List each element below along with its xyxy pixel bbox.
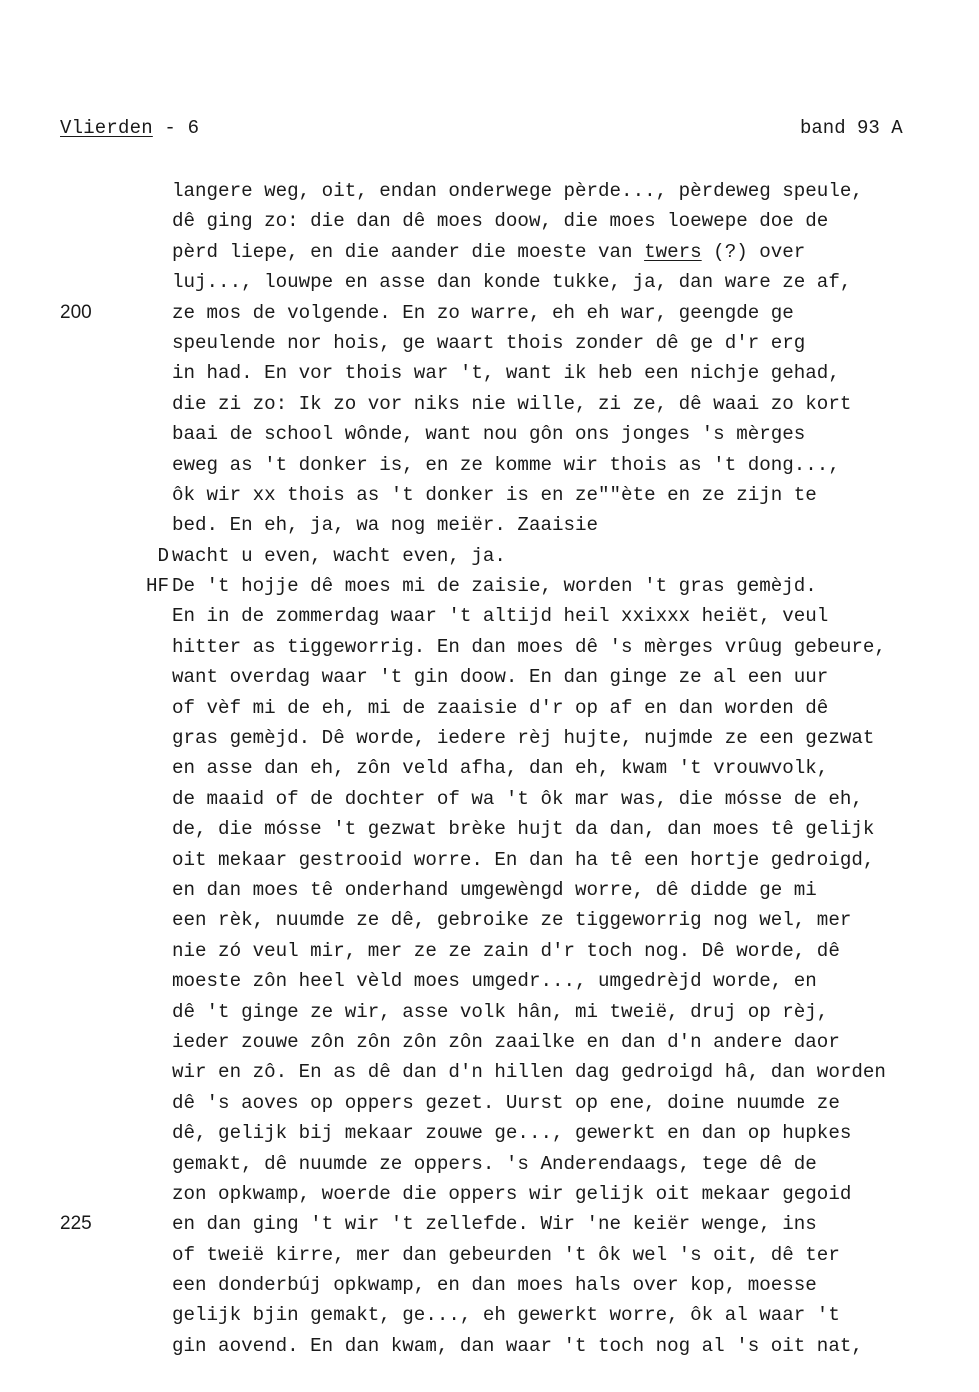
line-text: dê ging zo: die dan dê moes doow, die mo… [172,206,828,236]
transcript-line: gelijk bjin gemakt, ge..., eh gewerkt wo… [0,1300,979,1330]
header-separator: - [153,117,188,139]
line-text: dê 's aoves op oppers gezet. Uurst op en… [172,1088,840,1118]
line-text: oit mekaar gestrooid worre. En dan ha tê… [172,845,874,875]
transcript-line: luj..., louwpe en asse dan konde tukke, … [0,267,979,297]
line-text: een rèk, nuumde ze dê, gebroike ze tigge… [172,905,851,935]
transcript-line: ôk wir xx thois as 't donker is en ze""è… [0,480,979,510]
line-text: gras gemèjd. Dê worde, iedere rèj hujte,… [172,723,874,753]
line-text: gin aovend. En dan kwam, dan waar 't toc… [172,1331,863,1361]
line-text: en dan ging 't wir 't zellefde. Wir 'ne … [172,1209,817,1239]
transcript-line: een rèk, nuumde ze dê, gebroike ze tigge… [0,905,979,935]
line-text: en asse dan eh, zôn veld afha, dan eh, k… [172,753,828,783]
transcript-line: in had. En vor thois war 't, want ik heb… [0,358,979,388]
line-text: ieder zouwe zôn zôn zôn zôn zaailke en d… [172,1027,840,1057]
line-text: dê 't ginge ze wir, asse volk hân, mi tw… [172,997,828,1027]
line-text: langere weg, oit, endan onderwege pèrde.… [172,176,863,206]
transcript-line: Dwacht u even, wacht even, ja. [0,541,979,571]
transcript-line: eweg as 't donker is, en ze komme wir th… [0,450,979,480]
transcript-line: dê, gelijk bij mekaar zouwe ge..., gewer… [0,1118,979,1148]
page-number: 6 [188,117,200,139]
transcript-line: of tweië kirre, mer dan gebeurden 't ôk … [0,1240,979,1270]
transcript-line: dê 't ginge ze wir, asse volk hân, mi tw… [0,997,979,1027]
line-text: want overdag waar 't gin doow. En dan gi… [172,662,828,692]
line-text: wacht u even, wacht even, ja. [172,541,506,571]
transcript-line: baai de school wônde, want nou gôn ons j… [0,419,979,449]
transcript-body: langere weg, oit, endan onderwege pèrde.… [0,176,979,1361]
transcript-line: gemakt, dê nuumde ze oppers. 's Anderend… [0,1149,979,1179]
transcript-line: ieder zouwe zôn zôn zôn zôn zaailke en d… [0,1027,979,1057]
line-text: ze mos de volgende. En zo warre, eh eh w… [172,298,794,328]
line-text: of vèf mi de eh, mi de zaaisie d'r op af… [172,693,828,723]
line-text: in had. En vor thois war 't, want ik heb… [172,358,840,388]
transcript-line: dê 's aoves op oppers gezet. Uurst op en… [0,1088,979,1118]
line-text: hitter as tiggeworrig. En dan moes dê 's… [172,632,886,662]
line-text: wir en zô. En as dê dan d'n hillen dag g… [172,1057,886,1087]
line-text: en dan moes tê onderhand umgewèngd worre… [172,875,817,905]
place-name: Vlierden [60,117,153,139]
line-text: baai de school wônde, want nou gôn ons j… [172,419,805,449]
transcript-line: want overdag waar 't gin doow. En dan gi… [0,662,979,692]
transcript-line: En in de zommerdag waar 't altijd heil x… [0,601,979,631]
line-text: gelijk bjin gemakt, ge..., eh gewerkt wo… [172,1300,840,1330]
transcript-line: pèrd liepe, en die aander die moeste van… [0,237,979,267]
transcript-line: gin aovend. En dan kwam, dan waar 't toc… [0,1331,979,1361]
line-text: nie zó veul mir, mer ze ze zain d'r toch… [172,936,840,966]
transcript-page: Vlierden - 6 band 93 A langere weg, oit,… [0,0,979,1392]
transcript-line: die zi zo: Ik zo vor niks nie wille, zi … [0,389,979,419]
transcript-line: 225en dan ging 't wir 't zellefde. Wir '… [0,1209,979,1239]
transcript-line: oit mekaar gestrooid worre. En dan ha tê… [0,845,979,875]
transcript-line: de, die mósse 't gezwat brèke hujt da da… [0,814,979,844]
line-text: En in de zommerdag waar 't altijd heil x… [172,601,828,631]
tape-label: band 93 A [800,117,903,139]
page-header-left: Vlierden - 6 [60,117,199,139]
transcript-line: wir en zô. En as dê dan d'n hillen dag g… [0,1057,979,1087]
transcript-line: gras gemèjd. Dê worde, iedere rèj hujte,… [0,723,979,753]
transcript-line: langere weg, oit, endan onderwege pèrde.… [0,176,979,206]
line-text: speulende nor hois, ge waart thois zonde… [172,328,805,358]
transcript-line: moeste zôn heel vèld moes umgedr..., umg… [0,966,979,996]
speaker-label: HF [146,571,169,601]
speaker-label: D [157,541,169,571]
transcript-line: speulende nor hois, ge waart thois zonde… [0,328,979,358]
line-text: een donderbúj opkwamp, en dan moes hals … [172,1270,817,1300]
transcript-line: de maaid of de dochter of wa 't ôk mar w… [0,784,979,814]
line-number: 225 [60,1209,92,1239]
line-number: 200 [60,298,92,328]
underlined-word: twers [644,241,702,263]
transcript-line: en asse dan eh, zôn veld afha, dan eh, k… [0,753,979,783]
line-text: bed. En eh, ja, wa nog meiër. Zaaisie [172,510,598,540]
line-text: de maaid of de dochter of wa 't ôk mar w… [172,784,863,814]
transcript-line: HFDe 't hojje dê moes mi de zaisie, word… [0,571,979,601]
line-text: luj..., louwpe en asse dan konde tukke, … [172,267,851,297]
line-text: ôk wir xx thois as 't donker is en ze""è… [172,480,817,510]
line-text: eweg as 't donker is, en ze komme wir th… [172,450,840,480]
transcript-line: dê ging zo: die dan dê moes doow, die mo… [0,206,979,236]
transcript-line: 200ze mos de volgende. En zo warre, eh e… [0,298,979,328]
line-text: of tweië kirre, mer dan gebeurden 't ôk … [172,1240,840,1270]
line-text: De 't hojje dê moes mi de zaisie, worden… [172,571,817,601]
line-text: de, die mósse 't gezwat brèke hujt da da… [172,814,874,844]
transcript-line: hitter as tiggeworrig. En dan moes dê 's… [0,632,979,662]
transcript-line: zon opkwamp, woerde die oppers wir gelij… [0,1179,979,1209]
transcript-line: en dan moes tê onderhand umgewèngd worre… [0,875,979,905]
line-text: die zi zo: Ik zo vor niks nie wille, zi … [172,389,851,419]
line-text: dê, gelijk bij mekaar zouwe ge..., gewer… [172,1118,851,1148]
line-text: moeste zôn heel vèld moes umgedr..., umg… [172,966,817,996]
line-text: pèrd liepe, en die aander die moeste van… [172,237,805,267]
transcript-line: een donderbúj opkwamp, en dan moes hals … [0,1270,979,1300]
line-text: zon opkwamp, woerde die oppers wir gelij… [172,1179,851,1209]
transcript-line: of vèf mi de eh, mi de zaaisie d'r op af… [0,693,979,723]
line-text: gemakt, dê nuumde ze oppers. 's Anderend… [172,1149,817,1179]
transcript-line: nie zó veul mir, mer ze ze zain d'r toch… [0,936,979,966]
transcript-line: bed. En eh, ja, wa nog meiër. Zaaisie [0,510,979,540]
